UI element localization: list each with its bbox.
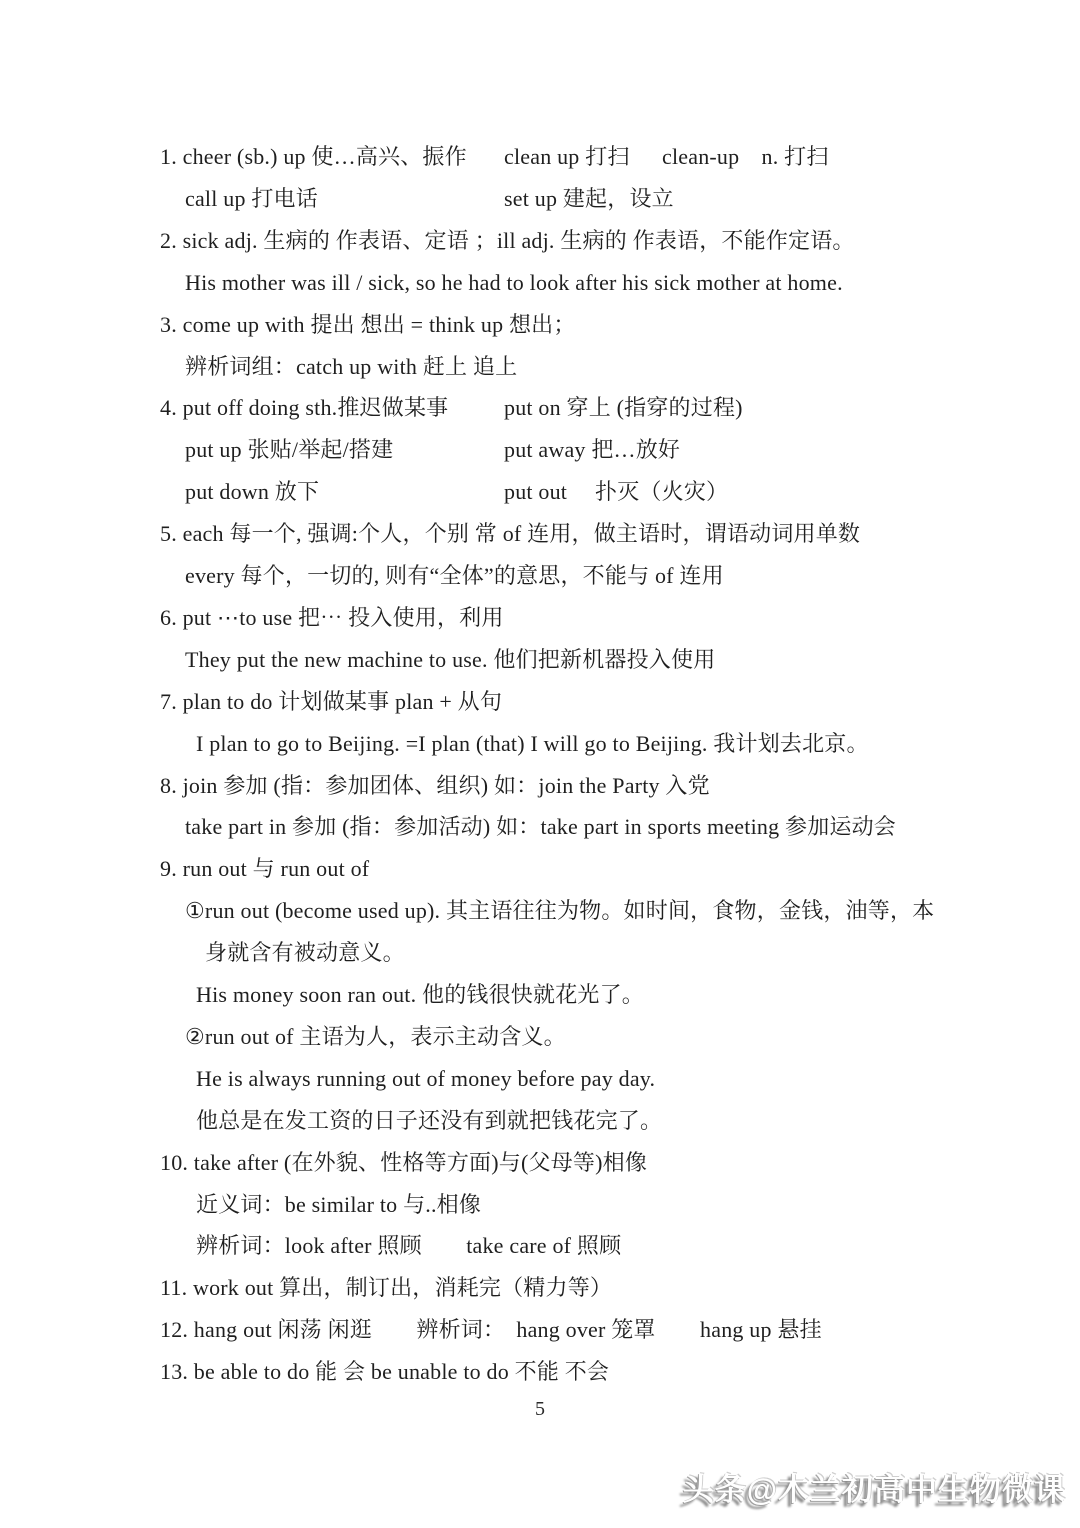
text-line: take part in 参加 (指：参加活动) 如：take part in …	[0, 811, 1080, 853]
text-line: 6. put ⋯to use 把⋯ 投入使用，利用	[0, 602, 1080, 644]
text-segment: 6. put ⋯to use 把⋯ 投入使用，利用	[160, 602, 504, 634]
text-line: 身就含有被动意义。	[0, 937, 1080, 979]
text-segment: 2. sick adj. 生病的 作表语、定语 ；ill adj. 生病的 作表…	[160, 225, 855, 257]
text-segment: clean up 打扫	[504, 141, 630, 173]
text-segment: 3. come up with 提出 想出 = think up 想出；	[160, 309, 576, 341]
text-segment: 5. each 每一个, 强调:个人，个别 常 of 连用，做主语时，谓语动词用…	[160, 518, 860, 550]
page-number: 5	[0, 1398, 1080, 1421]
text-segment: every 每个，一切的, 则有“全体”的意思，不能与 of 连用	[185, 560, 724, 592]
text-line: 10. take after (在外貌、性格等方面)与(父母等)相像	[0, 1147, 1080, 1189]
text-segment: put up 张贴/举起/搭建	[185, 434, 393, 466]
text-segment: put on 穿上 (指穿的过程)	[504, 392, 743, 424]
text-line: 4. put off doing sth.推迟做某事put on 穿上 (指穿的…	[0, 392, 1080, 434]
text-line: 7. plan to do 计划做某事 plan + 从句	[0, 686, 1080, 728]
text-line: 近义词：be similar to 与..相像	[0, 1189, 1080, 1231]
text-segment: 11. work out 算出，制订出，消耗完（精力等）	[160, 1272, 612, 1304]
text-line: His mother was ill / sick, so he had to …	[0, 267, 1080, 309]
text-segment: 身就含有被动意义。	[205, 937, 405, 969]
text-segment: put away 把…放好	[504, 434, 680, 466]
text-line: His money soon ran out. 他的钱很快就花光了。	[0, 979, 1080, 1021]
text-segment: He is always running out of money before…	[196, 1063, 655, 1095]
text-segment: put out 扑灭（火灾）	[504, 476, 728, 508]
text-segment: They put the new machine to use. 他们把新机器投…	[185, 644, 715, 676]
text-line: 2. sick adj. 生病的 作表语、定语 ；ill adj. 生病的 作表…	[0, 225, 1080, 267]
text-segment: clean-up n. 打扫	[662, 141, 829, 173]
text-segment: ①run out (become used up). 其主语往往为物。如时间，食…	[185, 895, 934, 927]
text-segment: 9. run out 与 run out of	[160, 853, 369, 885]
text-line: He is always running out of money before…	[0, 1063, 1080, 1105]
text-segment: set up 建起，设立	[504, 183, 674, 215]
text-segment: I plan to go to Beijing. =I plan (that) …	[196, 728, 869, 760]
text-segment: 4. put off doing sth.推迟做某事	[160, 392, 448, 424]
text-line: ②run out of 主语为人，表示主动含义。	[0, 1021, 1080, 1063]
document-page: 5 头条@木兰初高中生物微课 1. cheer (sb.) up 使…高兴、振作…	[0, 0, 1080, 1528]
text-line: put up 张贴/举起/搭建put away 把…放好	[0, 434, 1080, 476]
text-segment: 12. hang out 闲荡 闲逛 辨析词： hang over 笼罩 han…	[160, 1314, 822, 1346]
text-line: 他总是在发工资的日子还没有到就把钱花完了。	[0, 1105, 1080, 1147]
text-line: put down 放下put out 扑灭（火灾）	[0, 476, 1080, 518]
text-segment: His mother was ill / sick, so he had to …	[185, 267, 843, 299]
text-line: 9. run out 与 run out of	[0, 853, 1080, 895]
text-segment: put down 放下	[185, 476, 319, 508]
text-segment: 13. be able to do 能 会 be unable to do 不能…	[160, 1356, 609, 1388]
text-line: 8. join 参加 (指：参加团体、组织) 如：join the Party …	[0, 770, 1080, 812]
text-line: every 每个，一切的, 则有“全体”的意思，不能与 of 连用	[0, 560, 1080, 602]
text-segment: 辨析词组：catch up with 赶上 追上	[185, 351, 517, 383]
text-line: I plan to go to Beijing. =I plan (that) …	[0, 728, 1080, 770]
text-segment: 10. take after (在外貌、性格等方面)与(父母等)相像	[160, 1147, 647, 1179]
watermark: 头条@木兰初高中生物微课	[683, 1464, 1066, 1509]
text-segment: 8. join 参加 (指：参加团体、组织) 如：join the Party …	[160, 770, 710, 802]
text-line: 3. come up with 提出 想出 = think up 想出；	[0, 309, 1080, 351]
text-segment: 7. plan to do 计划做某事 plan + 从句	[160, 686, 502, 718]
text-segment: 他总是在发工资的日子还没有到就把钱花完了。	[196, 1105, 662, 1137]
text-segment: 1. cheer (sb.) up 使…高兴、振作	[160, 141, 467, 173]
text-line: ①run out (become used up). 其主语往往为物。如时间，食…	[0, 895, 1080, 937]
text-segment: call up 打电话	[185, 183, 318, 215]
text-line: 12. hang out 闲荡 闲逛 辨析词： hang over 笼罩 han…	[0, 1314, 1080, 1356]
text-line: 13. be able to do 能 会 be unable to do 不能…	[0, 1356, 1080, 1398]
text-segment: 近义词：be similar to 与..相像	[196, 1189, 481, 1221]
text-line: 1. cheer (sb.) up 使…高兴、振作clean up 打扫clea…	[0, 141, 1080, 183]
text-segment: His money soon ran out. 他的钱很快就花光了。	[196, 979, 644, 1011]
text-line: 辨析词：look after 照顾 take care of 照顾	[0, 1230, 1080, 1272]
text-segment: ②run out of 主语为人，表示主动含义。	[185, 1021, 566, 1053]
text-line: 11. work out 算出，制订出，消耗完（精力等）	[0, 1272, 1080, 1314]
text-line: They put the new machine to use. 他们把新机器投…	[0, 644, 1080, 686]
text-line: call up 打电话set up 建起，设立	[0, 183, 1080, 225]
text-line: 辨析词组：catch up with 赶上 追上	[0, 351, 1080, 393]
text-segment: 辨析词：look after 照顾 take care of 照顾	[196, 1230, 621, 1262]
text-line: 5. each 每一个, 强调:个人，个别 常 of 连用，做主语时，谓语动词用…	[0, 518, 1080, 560]
text-segment: take part in 参加 (指：参加活动) 如：take part in …	[185, 811, 896, 843]
